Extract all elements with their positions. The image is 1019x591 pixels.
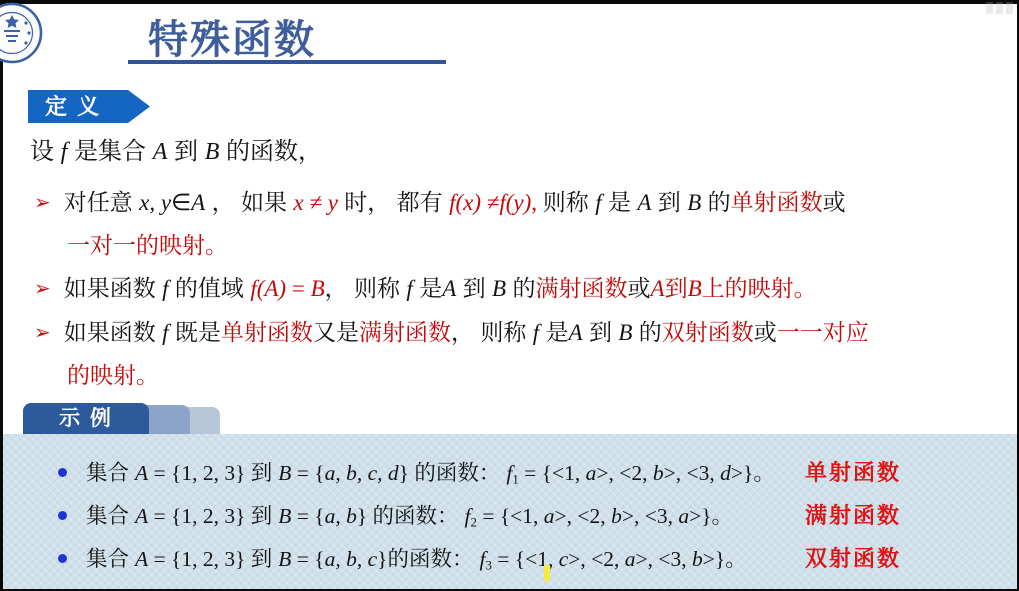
bullet-text: 如果函数 f 的值域 f(A) = B， 则称 f 是A 到 B 的满射函数或A…	[64, 275, 817, 301]
definition-bullet-3: ➢如果函数 f 既是单射函数又是满射函数， 则称 f 是A 到 B 的双射函数或…	[34, 314, 869, 347]
example-row-1: 集合 A = {1, 2, 3} 到 B = {a, b, c, d} 的函数：…	[58, 456, 1009, 488]
dot-bullet-icon	[58, 554, 67, 563]
definition-intro: 设 f 是集合 A 到 B 的函数，	[30, 131, 322, 166]
slide: 特殊函数 定 义 设 f 是集合 A 到 B 的函数， ➢对任意 x, y∈A …	[0, 0, 1019, 591]
example-tag: 双射函数	[805, 542, 901, 573]
definition-badge: 定 义	[28, 90, 150, 123]
bullet-text: 对任意 x, y∈A ， 如果 x ≠ y 时， 都有 f(x) ≠f(y), …	[64, 189, 846, 215]
definition-bullet-2: ➢如果函数 f 的值域 f(A) = B， 则称 f 是A 到 B 的满射函数或…	[34, 270, 817, 303]
example-row-2: 集合 A = {1, 2, 3} 到 B = {a, b} 的函数： f2 = …	[58, 499, 1009, 531]
definition-bullet-3-continued: 的映射。	[67, 357, 159, 390]
definition-bullet-1-continued: 一对一的映射。	[67, 227, 228, 260]
example-tag: 单射函数	[805, 456, 901, 487]
dot-bullet-icon	[58, 468, 67, 477]
example-row-3: 集合 A = {1, 2, 3} 到 B = {a, b, c}的函数： f3 …	[58, 542, 1009, 574]
examples-badge: 示 例	[23, 403, 149, 435]
text-cursor	[544, 565, 550, 581]
bullet-text: 如果函数 f 既是单射函数又是满射函数， 则称 f 是A 到 B 的双射函数或一…	[64, 319, 869, 345]
definition-bullet-1: ➢对任意 x, y∈A ， 如果 x ≠ y 时， 都有 f(x) ≠f(y),…	[34, 184, 846, 217]
arrow-bullet-icon: ➢	[34, 322, 51, 344]
arrow-bullet-icon: ➢	[34, 192, 51, 214]
title-underline	[128, 60, 446, 64]
example-content: 集合 A = {1, 2, 3} 到 B = {a, b, c, d} 的函数：…	[86, 461, 775, 485]
dot-bullet-icon	[58, 511, 67, 520]
example-content: 集合 A = {1, 2, 3} 到 B = {a, b} 的函数： f2 = …	[86, 504, 733, 528]
university-seal-icon	[0, 1, 44, 70]
frame-edge-top	[0, 0, 1019, 4]
faded-watermark	[986, 2, 1013, 14]
page-title: 特殊函数	[128, 8, 446, 65]
example-tag: 满射函数	[805, 499, 901, 530]
example-content: 集合 A = {1, 2, 3} 到 B = {a, b, c}的函数： f3 …	[86, 547, 747, 571]
arrow-bullet-icon: ➢	[34, 278, 51, 300]
